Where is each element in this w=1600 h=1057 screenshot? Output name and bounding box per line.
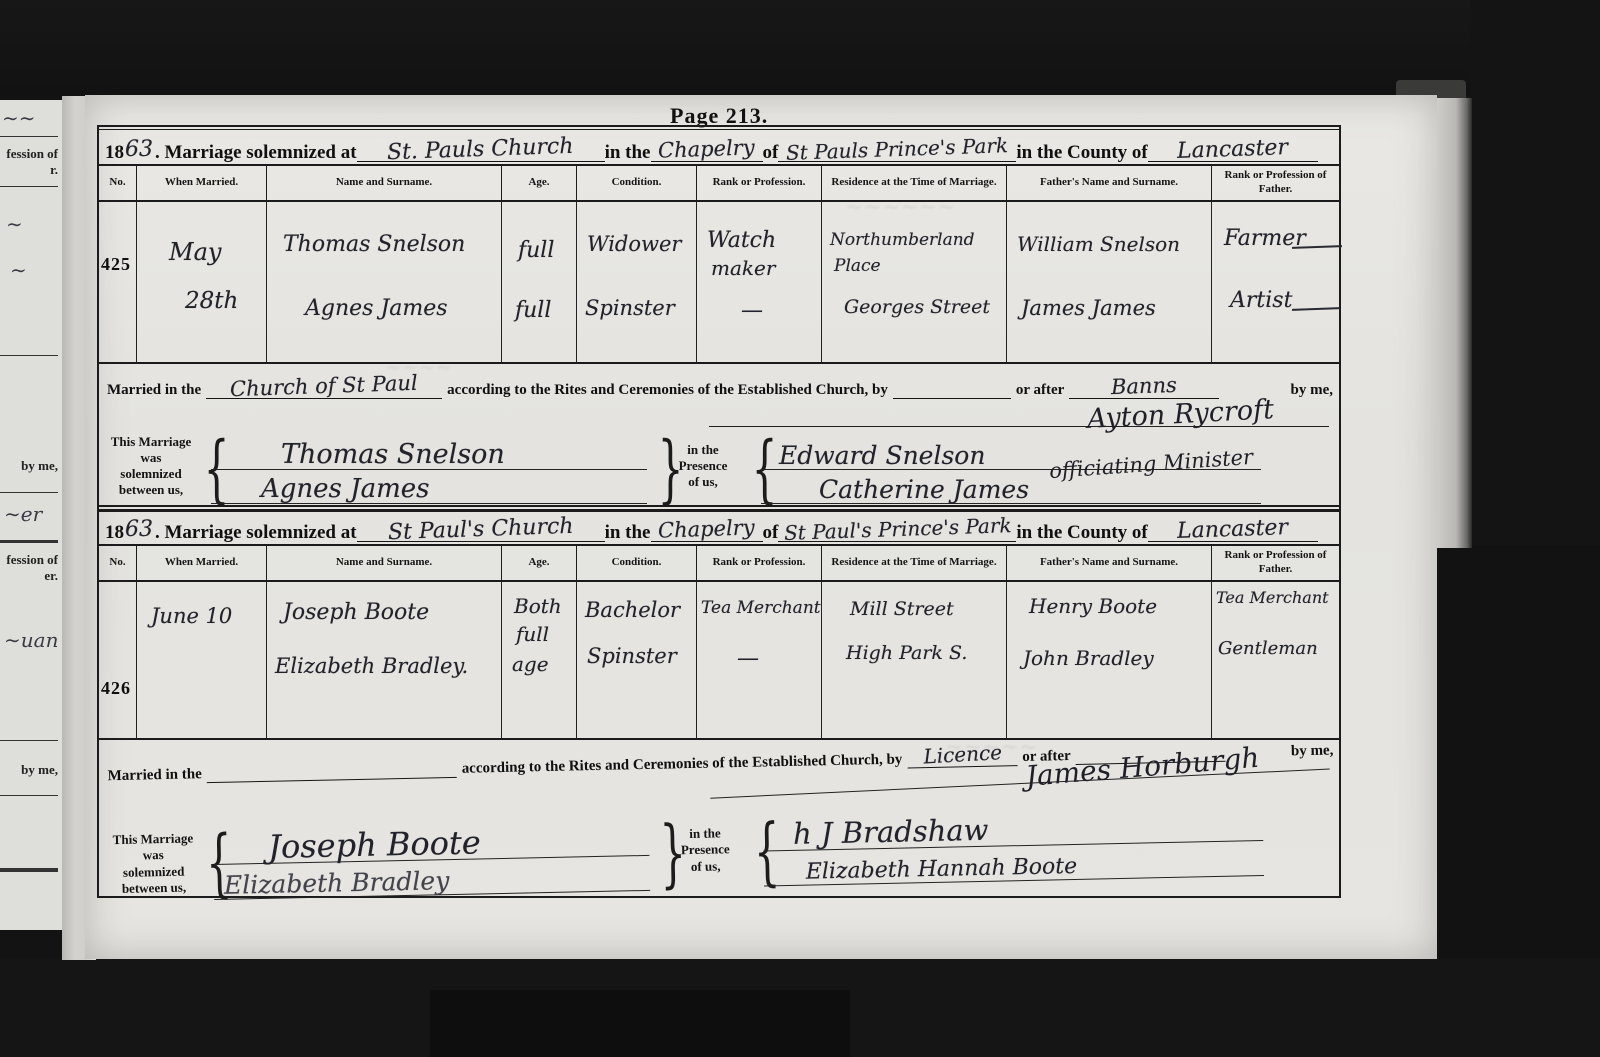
party-signatures: Joseph Boote Elizabeth Bradley xyxy=(213,818,650,899)
ruled-line xyxy=(0,740,58,741)
cell-profession: Tea Merchant — xyxy=(697,582,822,738)
county-handwritten: Lancaster xyxy=(1177,137,1289,163)
groom-condition: Bachelor xyxy=(585,600,680,621)
record-number: 426 xyxy=(101,678,131,699)
by-blank: Licence xyxy=(907,743,1017,768)
ruled-line xyxy=(0,186,58,187)
witness-signatures: Edward Snelson Catherine James xyxy=(761,436,1261,504)
col-age: Age. xyxy=(502,166,577,202)
cell-no: 426 xyxy=(99,582,137,738)
col-age: Age. xyxy=(502,546,577,582)
col-father-name: Father's Name and Surname. xyxy=(1007,546,1212,582)
bride-signature: Agnes James xyxy=(261,476,429,502)
parish-handwritten: St Paul's Prince's Park xyxy=(783,515,1011,543)
col-condition: Condition. xyxy=(577,546,697,582)
cell-names: Thomas Snelson Agnes James xyxy=(267,202,502,362)
parish-handwritten: St Pauls Prince's Park xyxy=(786,135,1009,163)
by-blank xyxy=(893,398,1011,399)
handwriting-fragment: ∼ xyxy=(6,212,23,236)
cell-father-profession: Tea Merchant Gentleman xyxy=(1212,582,1339,738)
church-blank: St. Pauls Church xyxy=(357,139,605,162)
year-handwritten: 63 xyxy=(125,519,153,541)
cell-age: Both full age xyxy=(502,582,577,738)
groom-residence: Mill Street xyxy=(850,600,954,619)
cell-names: Joseph Boote Elizabeth Bradley. xyxy=(267,582,502,738)
cell-father-name: Henry Boote John Bradley xyxy=(1007,582,1212,738)
header-fragment: r. xyxy=(50,162,58,178)
bride-condition: Spinster xyxy=(585,298,675,319)
witness-2-signature: Catherine James xyxy=(819,477,1029,502)
col-rank-profession: Rank or Profession. xyxy=(697,166,822,202)
cell-father-profession: Farmer Artist xyxy=(1212,202,1339,362)
married-in-label: Married in the xyxy=(107,766,201,785)
of-label: of xyxy=(763,143,779,162)
by-me-label: by me, xyxy=(1291,742,1334,760)
minister-signature: Ayton Rycroft xyxy=(1086,394,1274,435)
groom-profession: Watch xyxy=(707,230,776,252)
entry-426-data-row: 426 June 10 Joseph Boote Elizabeth Bradl… xyxy=(99,582,1339,738)
in-the-label: in the xyxy=(605,143,651,162)
bride-condition: Spinster xyxy=(587,646,677,667)
bride-profession: — xyxy=(741,300,763,322)
by-me-fragment: by me, xyxy=(21,762,58,778)
groom-age: full xyxy=(518,240,554,262)
section-border xyxy=(0,540,58,543)
this-marriage-label: This Marriage was solemnized between us, xyxy=(103,434,199,499)
married-in-blank xyxy=(207,776,457,782)
entry-425-certificate: Married in the Church of St Paul accordi… xyxy=(99,362,1339,510)
cell-residence: Northumberland Place Georges Street xyxy=(822,202,1007,362)
year-printed: 18 xyxy=(105,143,124,162)
church-handwritten: St Paul's Church xyxy=(387,516,573,544)
rites-label: according to the Rites and Ceremonies of… xyxy=(462,751,903,777)
groom-father: Henry Boote xyxy=(1029,596,1157,616)
col-father-name: Father's Name and Surname. xyxy=(1007,166,1212,202)
groom-signature: Joseph Boote xyxy=(268,826,481,862)
bride-signature-line: Agnes James xyxy=(211,470,647,504)
cell-when-married: May 28th xyxy=(137,202,267,362)
col-when-married: When Married. xyxy=(137,166,267,202)
col-rank-profession: Rank or Profession. xyxy=(697,546,822,582)
married-in-value: Church of St Paul xyxy=(230,372,418,400)
bride-signature: Elizabeth Bradley xyxy=(224,868,450,898)
parish-blank: St Pauls Prince's Park xyxy=(778,139,1016,162)
county-blank: Lancaster xyxy=(1148,519,1318,542)
county-blank: Lancaster xyxy=(1148,139,1318,162)
ruled-line xyxy=(0,355,58,356)
col-father-rank: Rank or Profession of Father. xyxy=(1212,546,1339,582)
entry-426-title: 18 63 . Marriage solemnized at St Paul's… xyxy=(99,507,1339,546)
chapelry-blank: Chapelry xyxy=(651,519,763,542)
by-me-label: by me, xyxy=(1291,382,1334,399)
when-month: May xyxy=(169,240,221,264)
witness-2-line: Catherine James xyxy=(761,470,1261,504)
presence-label: in the Presence of us, xyxy=(667,824,744,874)
solemnized-at-label: . Marriage solemnized at xyxy=(155,523,357,542)
cell-when-married: June 10 xyxy=(137,582,267,738)
cell-profession: Watch maker — xyxy=(697,202,822,362)
col-residence: Residence at the Time of Marriage. xyxy=(822,546,1007,582)
chapelry-handwritten: Chapelry xyxy=(658,517,755,541)
married-in-line: Married in the Church of St Paul accordi… xyxy=(107,376,1333,399)
when-day: 28th xyxy=(185,290,238,313)
bride-father-profession: Artist xyxy=(1230,290,1292,312)
year-handwritten: 63 xyxy=(125,139,153,161)
previous-page-sliver: ∼∼ fession of r. ∼ ∼ by me, ∼er fession … xyxy=(0,100,64,930)
when-married: June 10 xyxy=(151,606,232,627)
groom-signature-line: Thomas Snelson xyxy=(211,436,647,470)
married-in-label: Married in the xyxy=(107,382,201,399)
minister-signature-line: James Horburgh xyxy=(710,768,1329,798)
col-no: No. xyxy=(99,166,137,202)
minister-signature-line: Ayton Rycroft xyxy=(709,426,1329,427)
age-both: Both xyxy=(514,596,562,616)
header-fragment: fession of xyxy=(6,552,58,568)
scan-background-shadow xyxy=(430,990,850,1057)
church-blank: St Paul's Church xyxy=(357,519,605,542)
groom-name: Thomas Snelson xyxy=(283,234,465,256)
register-scan: ∼∼ fession of r. ∼ ∼ by me, ∼er fession … xyxy=(0,0,1600,1057)
handwriting-fragment: ∼uan xyxy=(4,628,58,652)
this-marriage-label: This Marriage was solemnized between us, xyxy=(105,830,202,897)
married-in-blank: Church of St Paul xyxy=(206,376,442,399)
cell-residence: Mill Street High Park S. xyxy=(822,582,1007,738)
flourish-dash xyxy=(1292,307,1340,311)
witness-2-signature: Elizabeth Hannah Boote xyxy=(806,855,1078,883)
record-number: 425 xyxy=(101,254,131,275)
or-after-label: or after xyxy=(1016,382,1064,399)
book-cover-edge xyxy=(1428,545,1600,965)
handwriting-fragment: ∼∼ xyxy=(2,106,36,130)
witness-1-signature: Edward Snelson xyxy=(779,443,985,468)
col-father-rank: Rank or Profession of Father. xyxy=(1212,166,1339,202)
county-label: in the County of xyxy=(1016,143,1147,162)
chapelry-blank: Chapelry xyxy=(651,139,763,162)
register-page: Page 213. ∼∼∼∼∼∼ ∼∼∼∼ ∼∼∼∼∼ 18 63 . Marr… xyxy=(85,95,1437,959)
col-name-surname: Name and Surname. xyxy=(267,166,502,202)
bride-residence: High Park S. xyxy=(846,644,967,663)
entry-425-data-row: 425 May 28th Thomas Snelson Agnes James … xyxy=(99,202,1339,362)
scan-background-top xyxy=(0,0,1600,96)
after-blank: Banns xyxy=(1069,376,1219,399)
entry-426-column-headers: No. When Married. Name and Surname. Age.… xyxy=(99,546,1339,582)
bride-name: Elizabeth Bradley. xyxy=(275,656,468,677)
groom-profession: Tea Merchant xyxy=(701,600,821,617)
chapelry-handwritten: Chapelry xyxy=(658,137,755,161)
presence-label: in the Presence of us, xyxy=(665,442,741,491)
bride-age: full xyxy=(515,300,551,322)
register-entry-426: 18 63 . Marriage solemnized at St Paul's… xyxy=(97,505,1341,898)
handwriting-fragment: ∼er xyxy=(4,502,42,526)
col-no: No. xyxy=(99,546,137,582)
in-the-label: in the xyxy=(605,523,651,542)
solemnized-at-label: . Marriage solemnized at xyxy=(155,143,357,162)
groom-residence: Northumberland xyxy=(830,232,975,249)
cell-father-name: William Snelson James James xyxy=(1007,202,1212,362)
bride-father-profession: Gentleman xyxy=(1218,640,1318,658)
entry-425-title: 18 63 . Marriage solemnized at St. Pauls… xyxy=(99,127,1339,166)
bride-residence: Georges Street xyxy=(844,298,990,317)
bride-father: John Bradley xyxy=(1023,648,1154,668)
cell-condition: Widower Spinster xyxy=(577,202,697,362)
parish-blank: St Paul's Prince's Park xyxy=(778,519,1016,542)
groom-profession-2: maker xyxy=(711,258,775,278)
groom-name: Joseph Boote xyxy=(283,602,429,624)
groom-father: William Snelson xyxy=(1017,234,1180,254)
bride-profession: — xyxy=(737,648,759,670)
age-full: full xyxy=(516,624,549,644)
groom-signature: Thomas Snelson xyxy=(281,441,505,468)
witness-signatures: h J Bradshaw Elizabeth Hannah Boote xyxy=(763,802,1264,886)
after-value: Banns xyxy=(1111,374,1177,397)
header-fragment: fession of xyxy=(6,146,58,162)
age-age: age xyxy=(512,654,549,674)
col-residence: Residence at the Time of Marriage. xyxy=(822,166,1007,202)
bride-name: Agnes James xyxy=(305,298,448,320)
header-fragment: er. xyxy=(44,568,58,584)
witness-1-signature: h J Bradshaw xyxy=(793,815,989,848)
ruled-line xyxy=(0,795,58,796)
table-border-fragment xyxy=(0,868,58,872)
col-condition: Condition. xyxy=(577,166,697,202)
cell-condition: Bachelor Spinster xyxy=(577,582,697,738)
col-when-married: When Married. xyxy=(137,546,267,582)
year-printed: 18 xyxy=(105,523,124,542)
cell-age: full full xyxy=(502,202,577,362)
county-label: in the County of xyxy=(1016,523,1147,542)
of-label: of xyxy=(763,523,779,542)
col-name-surname: Name and Surname. xyxy=(267,546,502,582)
party-signatures: Thomas Snelson Agnes James xyxy=(211,436,647,504)
witness-1-line: Edward Snelson xyxy=(761,436,1261,470)
groom-residence-2: Place xyxy=(834,258,881,275)
entry-426-certificate: Married in the according to the Rites an… xyxy=(99,738,1339,896)
church-handwritten: St. Pauls Church xyxy=(387,136,574,164)
handwriting-fragment: ∼ xyxy=(10,258,27,282)
ruled-line xyxy=(0,492,58,493)
page-stack-edge xyxy=(1436,98,1472,548)
cell-no: 425 xyxy=(99,202,137,362)
bride-father: James James xyxy=(1021,298,1156,319)
groom-condition: Widower xyxy=(587,234,681,255)
rites-label: according to the Rites and Ceremonies of… xyxy=(447,382,888,399)
register-entry-425: 18 63 . Marriage solemnized at St. Pauls… xyxy=(97,125,1341,512)
by-value: Licence xyxy=(922,742,1002,766)
ruled-line xyxy=(0,136,58,137)
county-handwritten: Lancaster xyxy=(1177,517,1289,543)
entry-425-column-headers: No. When Married. Name and Surname. Age.… xyxy=(99,166,1339,202)
groom-father-profession: Tea Merchant xyxy=(1216,590,1329,606)
by-me-fragment: by me, xyxy=(21,458,58,474)
